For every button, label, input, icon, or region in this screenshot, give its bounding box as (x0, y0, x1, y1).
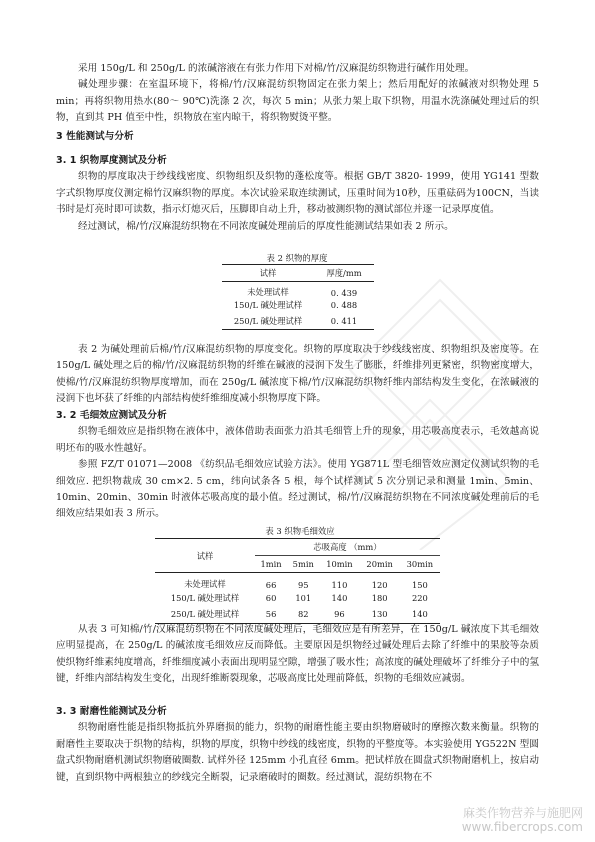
table-3-cell: 180 (360, 590, 400, 606)
table-3-cell: 101 (287, 590, 319, 606)
table-3-header-row-1: 试样 芯吸高度 （mm） (155, 539, 440, 556)
table-row: 250/L 碱处理试样 56 82 96 130 140 (155, 606, 440, 624)
table-3-cell: 82 (287, 606, 319, 624)
table-2-header-thickness: 厚度/mm (314, 265, 374, 282)
table-3-cell: 150/L 碱处理试样 (155, 590, 255, 606)
table-3-capillary: 试样 芯吸高度 （mm） 1min 5min 10min 20min 30min… (155, 538, 440, 624)
table-3-subheader: 5min (287, 556, 319, 573)
table-3-cell: 60 (255, 590, 287, 606)
table-row: 未处理试样 66 95 110 120 150 (155, 573, 440, 590)
section-3: 3 性能测试与分析 (56, 129, 539, 145)
table-3-cell: 96 (319, 606, 359, 624)
section-3-3-paragraph-1: 织物耐磨性能是指织物抵抗外界磨损的能力，织物的耐磨性能主要由织物磨破时的摩擦次数… (56, 720, 539, 786)
section-3-1-discussion: 表 2 为碱处理前后棉/竹/汉麻混纺织物的厚度变化。织物的厚度取决于纱线线密度、… (56, 342, 539, 408)
table-3-header-group: 芯吸高度 （mm） (255, 539, 440, 556)
table-2-header-row: 试样 厚度/mm (222, 265, 374, 282)
table-2-header-sample: 试样 (222, 265, 314, 282)
table-3-cell: 110 (319, 573, 359, 590)
section-3-heading: 3 性能测试与分析 (56, 129, 539, 145)
table-3-caption: 表 3 织物毛细效应 (200, 525, 400, 537)
section-3-1: 3. 1 织物厚度测试及分析 织物的厚度取决于纱线线密度、织物组织及织物的蓬松度… (56, 153, 539, 235)
intro-block: 采用 150g/L 和 250g/L 的浓碱溶液在有张力作用下对棉/竹/汉麻混纺… (56, 61, 539, 127)
watermark-line-1: 麻类作物营养与施肥网 (462, 806, 583, 820)
intro-paragraph-1: 采用 150g/L 和 250g/L 的浓碱溶液在有张力作用下对棉/竹/汉麻混纺… (56, 61, 539, 77)
table-2-cell: 未处理试样 (222, 282, 314, 298)
table-3-cell: 140 (319, 590, 359, 606)
intro-paragraph-2: 碱处理步骤：在室温环境下，将棉/竹/汉麻混纺织物固定在张力架上；然后用配好的浓碱… (56, 77, 539, 126)
section-3-1-paragraph-1: 织物的厚度取决于纱线线密度、织物组织及织物的蓬松度等。根据 GB/T 3820-… (56, 169, 539, 218)
table-3-cell: 未处理试样 (155, 573, 255, 590)
table-2-cell: 0. 411 (314, 313, 374, 330)
table-2-thickness: 试样 厚度/mm 未处理试样 0. 439 150/L 碱处理试样 0. 488… (222, 264, 374, 330)
table-3-cell: 150 (400, 573, 440, 590)
table-3-cell: 66 (255, 573, 287, 590)
table-3-header-sample: 试样 (155, 539, 255, 573)
section-3-2: 3. 2 毛细效应测试及分析 织物毛细效应是指织物在液体中，液体借助表面张力沿其… (56, 408, 539, 523)
watermark-line-2: www.fibercrops.com (462, 820, 583, 834)
table-2-cell: 250/L 碱处理试样 (222, 313, 314, 330)
table-row: 150/L 碱处理试样 0. 488 (222, 298, 374, 313)
section-3-2-paragraph-3: 从表 3 可知棉/竹/汉麻混纺织物在不同浓度碱处理后，毛细效应是有所差异，在 1… (56, 622, 539, 688)
section-3-2-heading: 3. 2 毛细效应测试及分析 (56, 408, 539, 424)
table-2-cell: 150/L 碱处理试样 (222, 298, 314, 313)
table-3-subheader: 10min (319, 556, 359, 573)
site-watermark: 麻类作物营养与施肥网 www.fibercrops.com (462, 806, 583, 834)
table-3-cell: 220 (400, 590, 440, 606)
table-2-cell: 0. 439 (314, 282, 374, 298)
table-3-cell: 130 (360, 606, 400, 624)
table-3-subheader: 20min (360, 556, 400, 573)
section-3-1-paragraph-3: 表 2 为碱处理前后棉/竹/汉麻混纺织物的厚度变化。织物的厚度取决于纱线线密度、… (56, 342, 539, 408)
table-3-subheader: 30min (400, 556, 440, 573)
table-3-cell: 250/L 碱处理试样 (155, 606, 255, 624)
table-row: 未处理试样 0. 439 (222, 282, 374, 298)
section-3-1-paragraph-2: 经过测试，棉/竹/汉麻混纺织物在不同浓度碱处理前后的厚度性能测试结果如表 2 所… (56, 219, 539, 235)
table-3-cell: 140 (400, 606, 440, 624)
table-row: 150/L 碱处理试样 60 101 140 180 220 (155, 590, 440, 606)
section-3-2-discussion: 从表 3 可知棉/竹/汉麻混纺织物在不同浓度碱处理后，毛细效应是有所差异，在 1… (56, 622, 539, 688)
section-3-3-heading: 3. 3 耐磨性能测试及分析 (56, 704, 539, 720)
table-3-cell: 56 (255, 606, 287, 624)
section-3-2-paragraph-1: 织物毛细效应是指织物在液体中，液体借助表面张力沿其毛细管上升的现象，用芯吸高度表… (56, 424, 539, 457)
section-3-3: 3. 3 耐磨性能测试及分析 织物耐磨性能是指织物抵抗外界磨损的能力，织物的耐磨… (56, 704, 539, 786)
document-page: 采用 150g/L 和 250g/L 的浓碱溶液在有张力作用下对棉/竹/汉麻混纺… (0, 0, 595, 842)
table-3-cell: 95 (287, 573, 319, 590)
table-3-cell: 120 (360, 573, 400, 590)
table-row: 250/L 碱处理试样 0. 411 (222, 313, 374, 330)
table-3-subheader: 1min (255, 556, 287, 573)
table-2-caption: 表 2 织物的厚度 (222, 252, 372, 264)
section-3-1-heading: 3. 1 织物厚度测试及分析 (56, 153, 539, 169)
section-3-2-paragraph-2: 参照 FZ/T 01071—2008 《纺织品毛细效应试验方法》。使用 YG87… (56, 457, 539, 523)
table-2-cell: 0. 488 (314, 298, 374, 313)
